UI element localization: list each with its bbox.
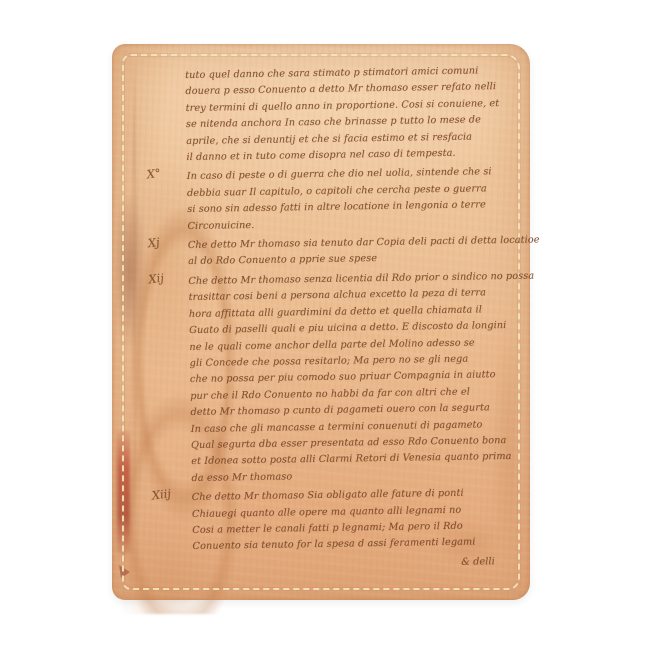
manuscript-section: & delli xyxy=(193,553,529,575)
product-photo: tuto quel danno che sara stimato p stima… xyxy=(0,0,650,650)
journal-cover: tuto quel danno che sara stimato p stima… xyxy=(112,44,530,600)
section-numeral: Xij xyxy=(148,270,165,286)
manuscript-line: & delli xyxy=(193,553,529,575)
manuscript-section: XiijChe detto Mr thomaso Sia obligato al… xyxy=(192,485,529,556)
section-numeral: X° xyxy=(146,166,162,182)
manuscript-section: XjChe detto Mr thomaso sia tenuto dar Co… xyxy=(188,233,524,271)
section-numeral: Xiij xyxy=(151,486,172,502)
manuscript-section: XijChe detto Mr thomaso senza licentia d… xyxy=(188,269,527,488)
manuscript-section: tuto quel danno che sara stimato p stima… xyxy=(185,63,523,167)
manuscript-text: tuto quel danno che sara stimato p stima… xyxy=(185,63,529,578)
section-numeral: Xj xyxy=(147,235,160,250)
manuscript-section: X°In caso di peste o di guerra che dio n… xyxy=(187,164,524,235)
